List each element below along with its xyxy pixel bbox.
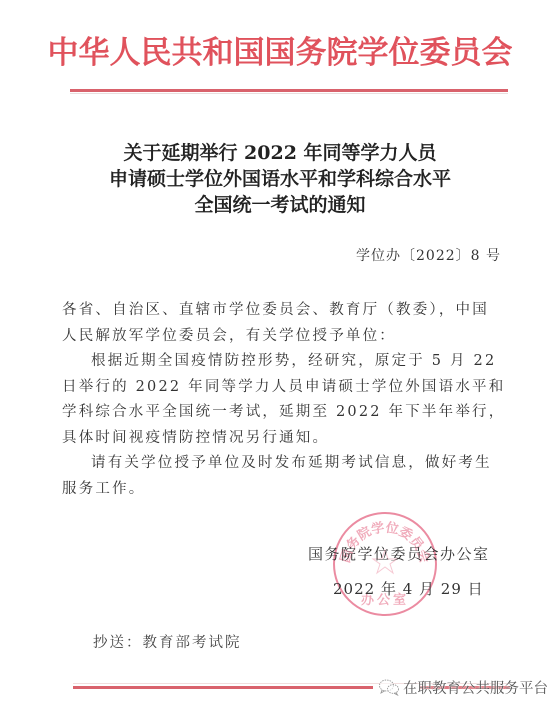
document-number: 学位办〔2022〕8 号 [356, 245, 501, 265]
letterhead-title: 中华人民共和国国务院学位委员会 [0, 33, 560, 73]
signature-date: 2022 年 4 月 29 日 [333, 578, 484, 599]
watermark-text: 在职教育公共服务平台 [403, 677, 548, 698]
source-watermark: 在职教育公共服务平台 [378, 676, 548, 698]
body-line-salutation-1: 各省、自治区、直辖市学位委员会、教育厅（教委），中国 [62, 298, 502, 324]
body-line: 日举行的 2022 年同等学力人员申请硕士学位外国语水平和 [62, 375, 502, 401]
wechat-icon [378, 678, 400, 696]
body-line: 学科综合水平全国统一考试，延期至 2022 年下半年举行， [62, 400, 502, 426]
body-line-paragraph-1: 根据近期全国疫情防控形势，经研究，原定于 5 月 22 [62, 349, 502, 375]
letterhead-red-rule [70, 89, 508, 92]
title-line-1: 关于延期举行 2022 年同等学力人员 [0, 140, 560, 166]
document-body: 各省、自治区、直辖市学位委员会、教育厅（教委），中国 人民解放军学位委员会，有关… [62, 298, 502, 502]
footer-red-rule [73, 686, 373, 689]
official-seal-icon: 国务院学位委员会 办公室 [333, 512, 437, 616]
cc-recipient: 抄送：教育部考试院 [93, 631, 242, 652]
letterhead-rule-shadow [70, 93, 508, 94]
body-line: 具体时间视疫情防控情况另行通知。 [62, 426, 502, 452]
document-title: 关于延期举行 2022 年同等学力人员 申请硕士学位外国语水平和学科综合水平 全… [0, 140, 560, 218]
body-line: 服务工作。 [62, 477, 502, 503]
title-line-2: 申请硕士学位外国语水平和学科综合水平 [0, 166, 560, 192]
official-seal [333, 512, 437, 616]
signature-issuer: 国务院学位委员会办公室 [308, 543, 490, 564]
body-line-salutation-2: 人民解放军学位委员会，有关学位授予单位： [62, 324, 502, 350]
title-line-3: 全国统一考试的通知 [0, 192, 560, 218]
body-line-paragraph-2: 请有关学位授予单位及时发布延期考试信息，做好考生 [62, 451, 502, 477]
